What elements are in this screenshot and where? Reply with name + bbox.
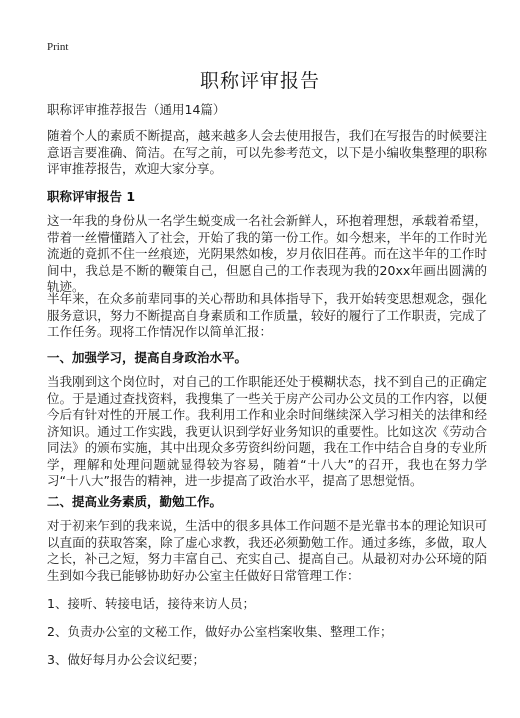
body-paragraph: 这一年我的身份从一名学生蜕变成一名社会新鲜人，环抱着理想，承载着希望，带着一丝懵… — [47, 213, 487, 296]
list-item: 3、做好每月办公会议纪要； — [47, 652, 487, 669]
body-paragraph: 当我刚到这个岗位时，对自己的工作职能还处于模糊状态，找不到自己的正确定位。于是通… — [47, 374, 487, 490]
intro-paragraph: 随着个人的素质不断提高，越来越多人会去使用报告，我们在写报告的时候要注意语言要准… — [47, 128, 487, 178]
document-subtitle: 职称评审推荐报告（通用14篇） — [47, 100, 225, 118]
document-title: 职称评审报告 — [0, 66, 520, 93]
body-paragraph: 半年来，在众多前辈同事的关心帮助和具体指导下，我开始转变思想观念，强化服务意识，… — [47, 291, 487, 341]
body-paragraph: 对于初来乍到的我来说，生活中的很多具体工作问题不是光靠书本的理论知识可以直面的获… — [47, 518, 487, 584]
print-label: Print — [47, 41, 68, 53]
section-title: 职称评审报告 1 — [47, 187, 135, 205]
list-item: 1、接听、转接电话，接待来访人员； — [47, 596, 487, 613]
subheading-business: 二、提高业务素质，勤勉工作。 — [47, 492, 222, 510]
list-item: 2、负责办公室的文秘工作，做好办公室档案收集、整理工作； — [47, 624, 487, 641]
subheading-study: 一、加强学习，提高自身政治水平。 — [47, 348, 247, 366]
